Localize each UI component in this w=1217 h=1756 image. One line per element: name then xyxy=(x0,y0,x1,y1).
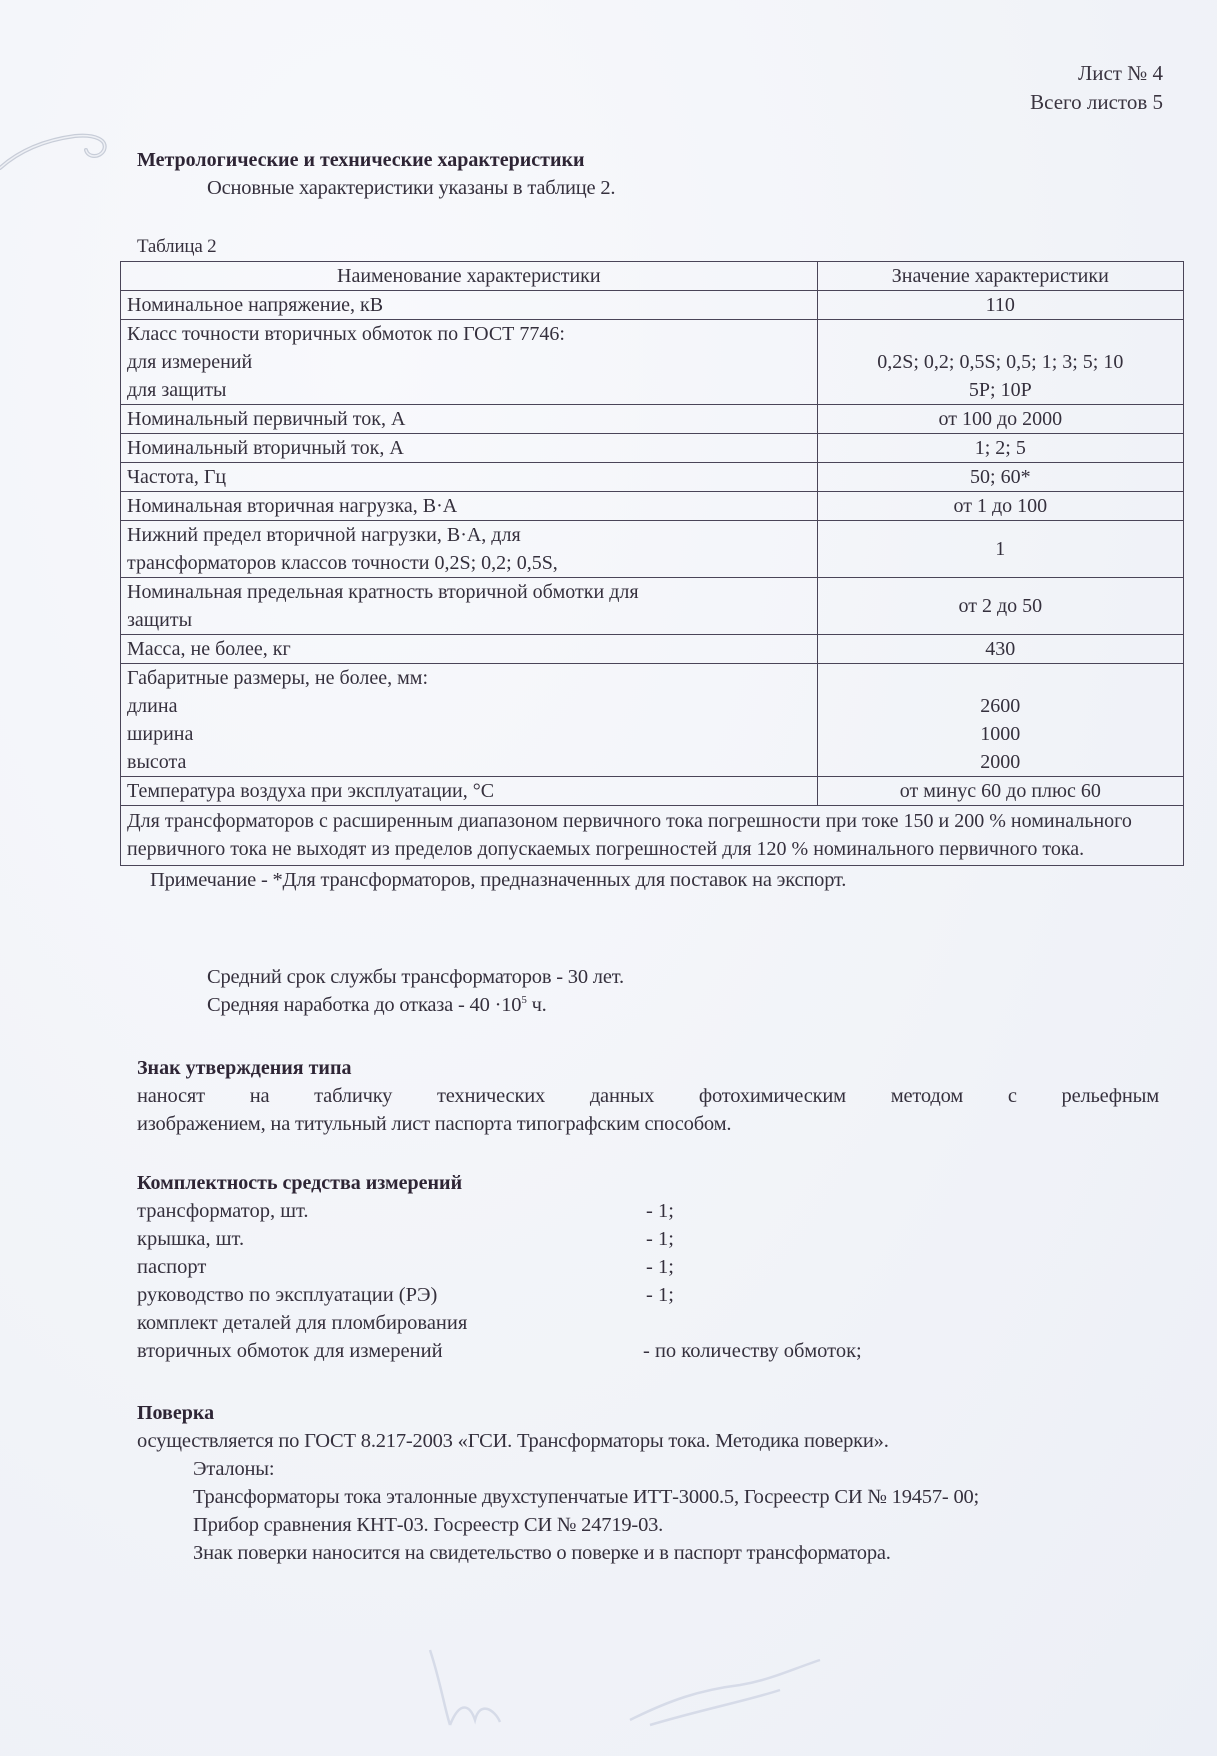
characteristic-value-line: 2600 xyxy=(824,692,1177,720)
characteristic-value-line: 2000 xyxy=(824,748,1177,776)
sheet-number: Лист № 4 xyxy=(1030,59,1163,88)
table-row: Класс точности вторичных обмоток по ГОСТ… xyxy=(121,320,1184,405)
section-title-verification: Поверка xyxy=(137,1402,214,1425)
kit-item-name: руководство по эксплуатации (РЭ) xyxy=(137,1284,437,1307)
sheet-header: Лист № 4 Всего листов 5 xyxy=(1030,59,1163,117)
table-row: Номинальный первичный ток, Аот 100 до 20… xyxy=(121,405,1184,434)
characteristic-value-line: 110 xyxy=(824,291,1177,319)
table-header-row: Наименование характеристикиЗначение хара… xyxy=(121,262,1184,291)
characteristic-name-line: трансформаторов классов точности 0,2S; 0… xyxy=(127,549,811,577)
table-row: Номинальная предельная кратность вторичн… xyxy=(121,578,1184,635)
characteristic-name-line: Номинальная вторичная нагрузка, В·А xyxy=(127,492,811,520)
characteristic-value-line xyxy=(824,664,1177,692)
characteristic-name-line: высота xyxy=(127,748,811,776)
verification-mark: Знак поверки наносится на свидетельство … xyxy=(193,1542,891,1565)
table-row: Температура воздуха при эксплуатации, °С… xyxy=(121,777,1184,806)
characteristic-value-line: от минус 60 до плюс 60 xyxy=(824,777,1177,805)
kit-item-name: паспорт xyxy=(137,1256,206,1279)
signature-bleed-icon xyxy=(400,1630,920,1740)
table-caption: Таблица 2 xyxy=(137,236,216,258)
characteristic-value: от минус 60 до плюс 60 xyxy=(817,777,1183,806)
characteristic-name-line: для измерений xyxy=(127,348,811,376)
characteristic-value-line: 1000 xyxy=(824,720,1177,748)
characteristic-name-line: защиты xyxy=(127,606,811,634)
characteristic-value: 1 xyxy=(817,521,1183,578)
table-row: Номинальный вторичный ток, А1; 2; 5 xyxy=(121,434,1184,463)
characteristic-value: 50; 60* xyxy=(817,463,1183,492)
characteristics-table: Наименование характеристикиЗначение хара… xyxy=(120,261,1184,866)
kit-item-quantity: - 1; xyxy=(646,1256,674,1279)
kit-item-quantity: - 1; xyxy=(646,1284,674,1307)
characteristic-name: Номинальный вторичный ток, А xyxy=(121,434,818,463)
characteristic-value-line: 0,2S; 0,2; 0,5S; 0,5; 1; 3; 5; 10 xyxy=(824,348,1177,376)
kit-item-name: крышка, шт. xyxy=(137,1228,244,1251)
table-row: Номинальное напряжение, кВ110 xyxy=(121,291,1184,320)
kit-item-name: вторичных обмоток для измерений xyxy=(137,1340,443,1363)
characteristic-name-line: для защиты xyxy=(127,376,811,404)
standards-label: Эталоны: xyxy=(193,1458,274,1481)
characteristic-name: Нижний предел вторичной нагрузки, В·А, д… xyxy=(121,521,818,578)
kit-item-quantity: - по количеству обмоток; xyxy=(643,1340,862,1363)
characteristic-value-line: 5P; 10P xyxy=(824,376,1177,404)
paper-clip-icon xyxy=(0,110,110,170)
characteristic-name-line: Нижний предел вторичной нагрузки, В·А, д… xyxy=(127,521,811,549)
characteristic-value: 430 xyxy=(817,635,1183,664)
table-row: Номинальная вторичная нагрузка, В·Аот 1 … xyxy=(121,492,1184,521)
verification-method: осуществляется по ГОСТ 8.217-2003 «ГСИ. … xyxy=(137,1430,889,1453)
characteristic-name: Класс точности вторичных обмоток по ГОСТ… xyxy=(121,320,818,405)
characteristic-value: от 100 до 2000 xyxy=(817,405,1183,434)
characteristic-name-line: Масса, не более, кг xyxy=(127,635,811,663)
characteristic-name: Частота, Гц xyxy=(121,463,818,492)
characteristic-name-line: Номинальный вторичный ток, А xyxy=(127,434,811,462)
standard-2: Прибор сравнения КНТ-03. Госреестр СИ № … xyxy=(193,1514,663,1537)
mtbf-unit: ч. xyxy=(527,994,547,1016)
characteristic-name-line: ширина xyxy=(127,720,811,748)
type-mark-line-1: наносят на табличку технических данных ф… xyxy=(137,1085,1159,1108)
total-sheets: Всего листов 5 xyxy=(1030,88,1163,117)
characteristic-name-line: Класс точности вторичных обмоток по ГОСТ… xyxy=(127,320,811,348)
characteristic-value-line: от 100 до 2000 xyxy=(824,405,1177,433)
kit-item-name: комплект деталей для пломбирования xyxy=(137,1312,467,1335)
characteristic-name: Номинальная вторичная нагрузка, В·А xyxy=(121,492,818,521)
characteristic-value-line: 50; 60* xyxy=(824,463,1177,491)
characteristic-name-line: длина xyxy=(127,692,811,720)
mtbf-text: Средняя наработка до отказа - 40 ·10 xyxy=(207,994,521,1016)
characteristic-name: Номинальная предельная кратность вторичн… xyxy=(121,578,818,635)
table-note: Примечание - *Для трансформаторов, предн… xyxy=(150,869,846,892)
service-lifetime: Средний срок службы трансформаторов - 30… xyxy=(207,966,624,989)
characteristic-value-line: 430 xyxy=(824,635,1177,663)
kit-item-quantity: - 1; xyxy=(646,1228,674,1251)
characteristic-value-line xyxy=(824,320,1177,348)
type-mark-line-2: изображением, на титульный лист паспорта… xyxy=(137,1113,731,1136)
characteristic-value-line: 1 xyxy=(824,535,1177,563)
section-title-type-mark: Знак утверждения типа xyxy=(137,1057,351,1080)
table-row: Частота, Гц50; 60* xyxy=(121,463,1184,492)
characteristic-value: 110 xyxy=(817,291,1183,320)
table-footnote-row: Для трансформаторов с расширенным диапаз… xyxy=(121,806,1184,866)
characteristic-name-line: Частота, Гц xyxy=(127,463,811,491)
characteristic-name-line: Номинальный первичный ток, А xyxy=(127,405,811,433)
characteristic-value-line: от 1 до 100 xyxy=(824,492,1177,520)
characteristic-name: Габаритные размеры, не более, мм:длинаши… xyxy=(121,664,818,777)
characteristic-name-line: Номинальная предельная кратность вторичн… xyxy=(127,578,811,606)
characteristic-name: Масса, не более, кг xyxy=(121,635,818,664)
characteristic-value: от 2 до 50 xyxy=(817,578,1183,635)
characteristic-name: Номинальный первичный ток, А xyxy=(121,405,818,434)
column-header-name: Наименование характеристики xyxy=(121,262,818,291)
characteristic-value: 0,2S; 0,2; 0,5S; 0,5; 1; 3; 5; 105P; 10P xyxy=(817,320,1183,405)
characteristic-value: 1; 2; 5 xyxy=(817,434,1183,463)
kit-item-quantity: - 1; xyxy=(646,1200,674,1223)
mean-time-to-failure: Средняя наработка до отказа - 40 ·105 ч. xyxy=(207,994,547,1017)
characteristic-name-line: Габаритные размеры, не более, мм: xyxy=(127,664,811,692)
section-title-characteristics: Метрологические и технические характерис… xyxy=(137,149,585,172)
characteristic-name-line: Температура воздуха при эксплуатации, °С xyxy=(127,777,811,805)
characteristic-name: Температура воздуха при эксплуатации, °С xyxy=(121,777,818,806)
characteristic-value: от 1 до 100 xyxy=(817,492,1183,521)
table-row: Габаритные размеры, не более, мм:длинаши… xyxy=(121,664,1184,777)
characteristic-name-line: Номинальное напряжение, кВ xyxy=(127,291,811,319)
standard-1: Трансформаторы тока эталонные двухступен… xyxy=(193,1486,979,1509)
kit-item-name: трансформатор, шт. xyxy=(137,1200,309,1223)
characteristics-intro: Основные характеристики указаны в таблиц… xyxy=(207,177,615,200)
characteristic-value-line: 1; 2; 5 xyxy=(824,434,1177,462)
characteristic-value-line: от 2 до 50 xyxy=(824,592,1177,620)
characteristic-name: Номинальное напряжение, кВ xyxy=(121,291,818,320)
table-footnote-text: Для трансформаторов с расширенным диапаз… xyxy=(121,806,1184,866)
document-page: Лист № 4 Всего листов 5 Метрологические … xyxy=(0,0,1217,1756)
characteristic-value: 260010002000 xyxy=(817,664,1183,777)
table-row: Нижний предел вторичной нагрузки, В·А, д… xyxy=(121,521,1184,578)
table-row: Масса, не более, кг430 xyxy=(121,635,1184,664)
section-title-kit: Комплектность средства измерений xyxy=(137,1172,462,1195)
column-header-value: Значение характеристики xyxy=(817,262,1183,291)
